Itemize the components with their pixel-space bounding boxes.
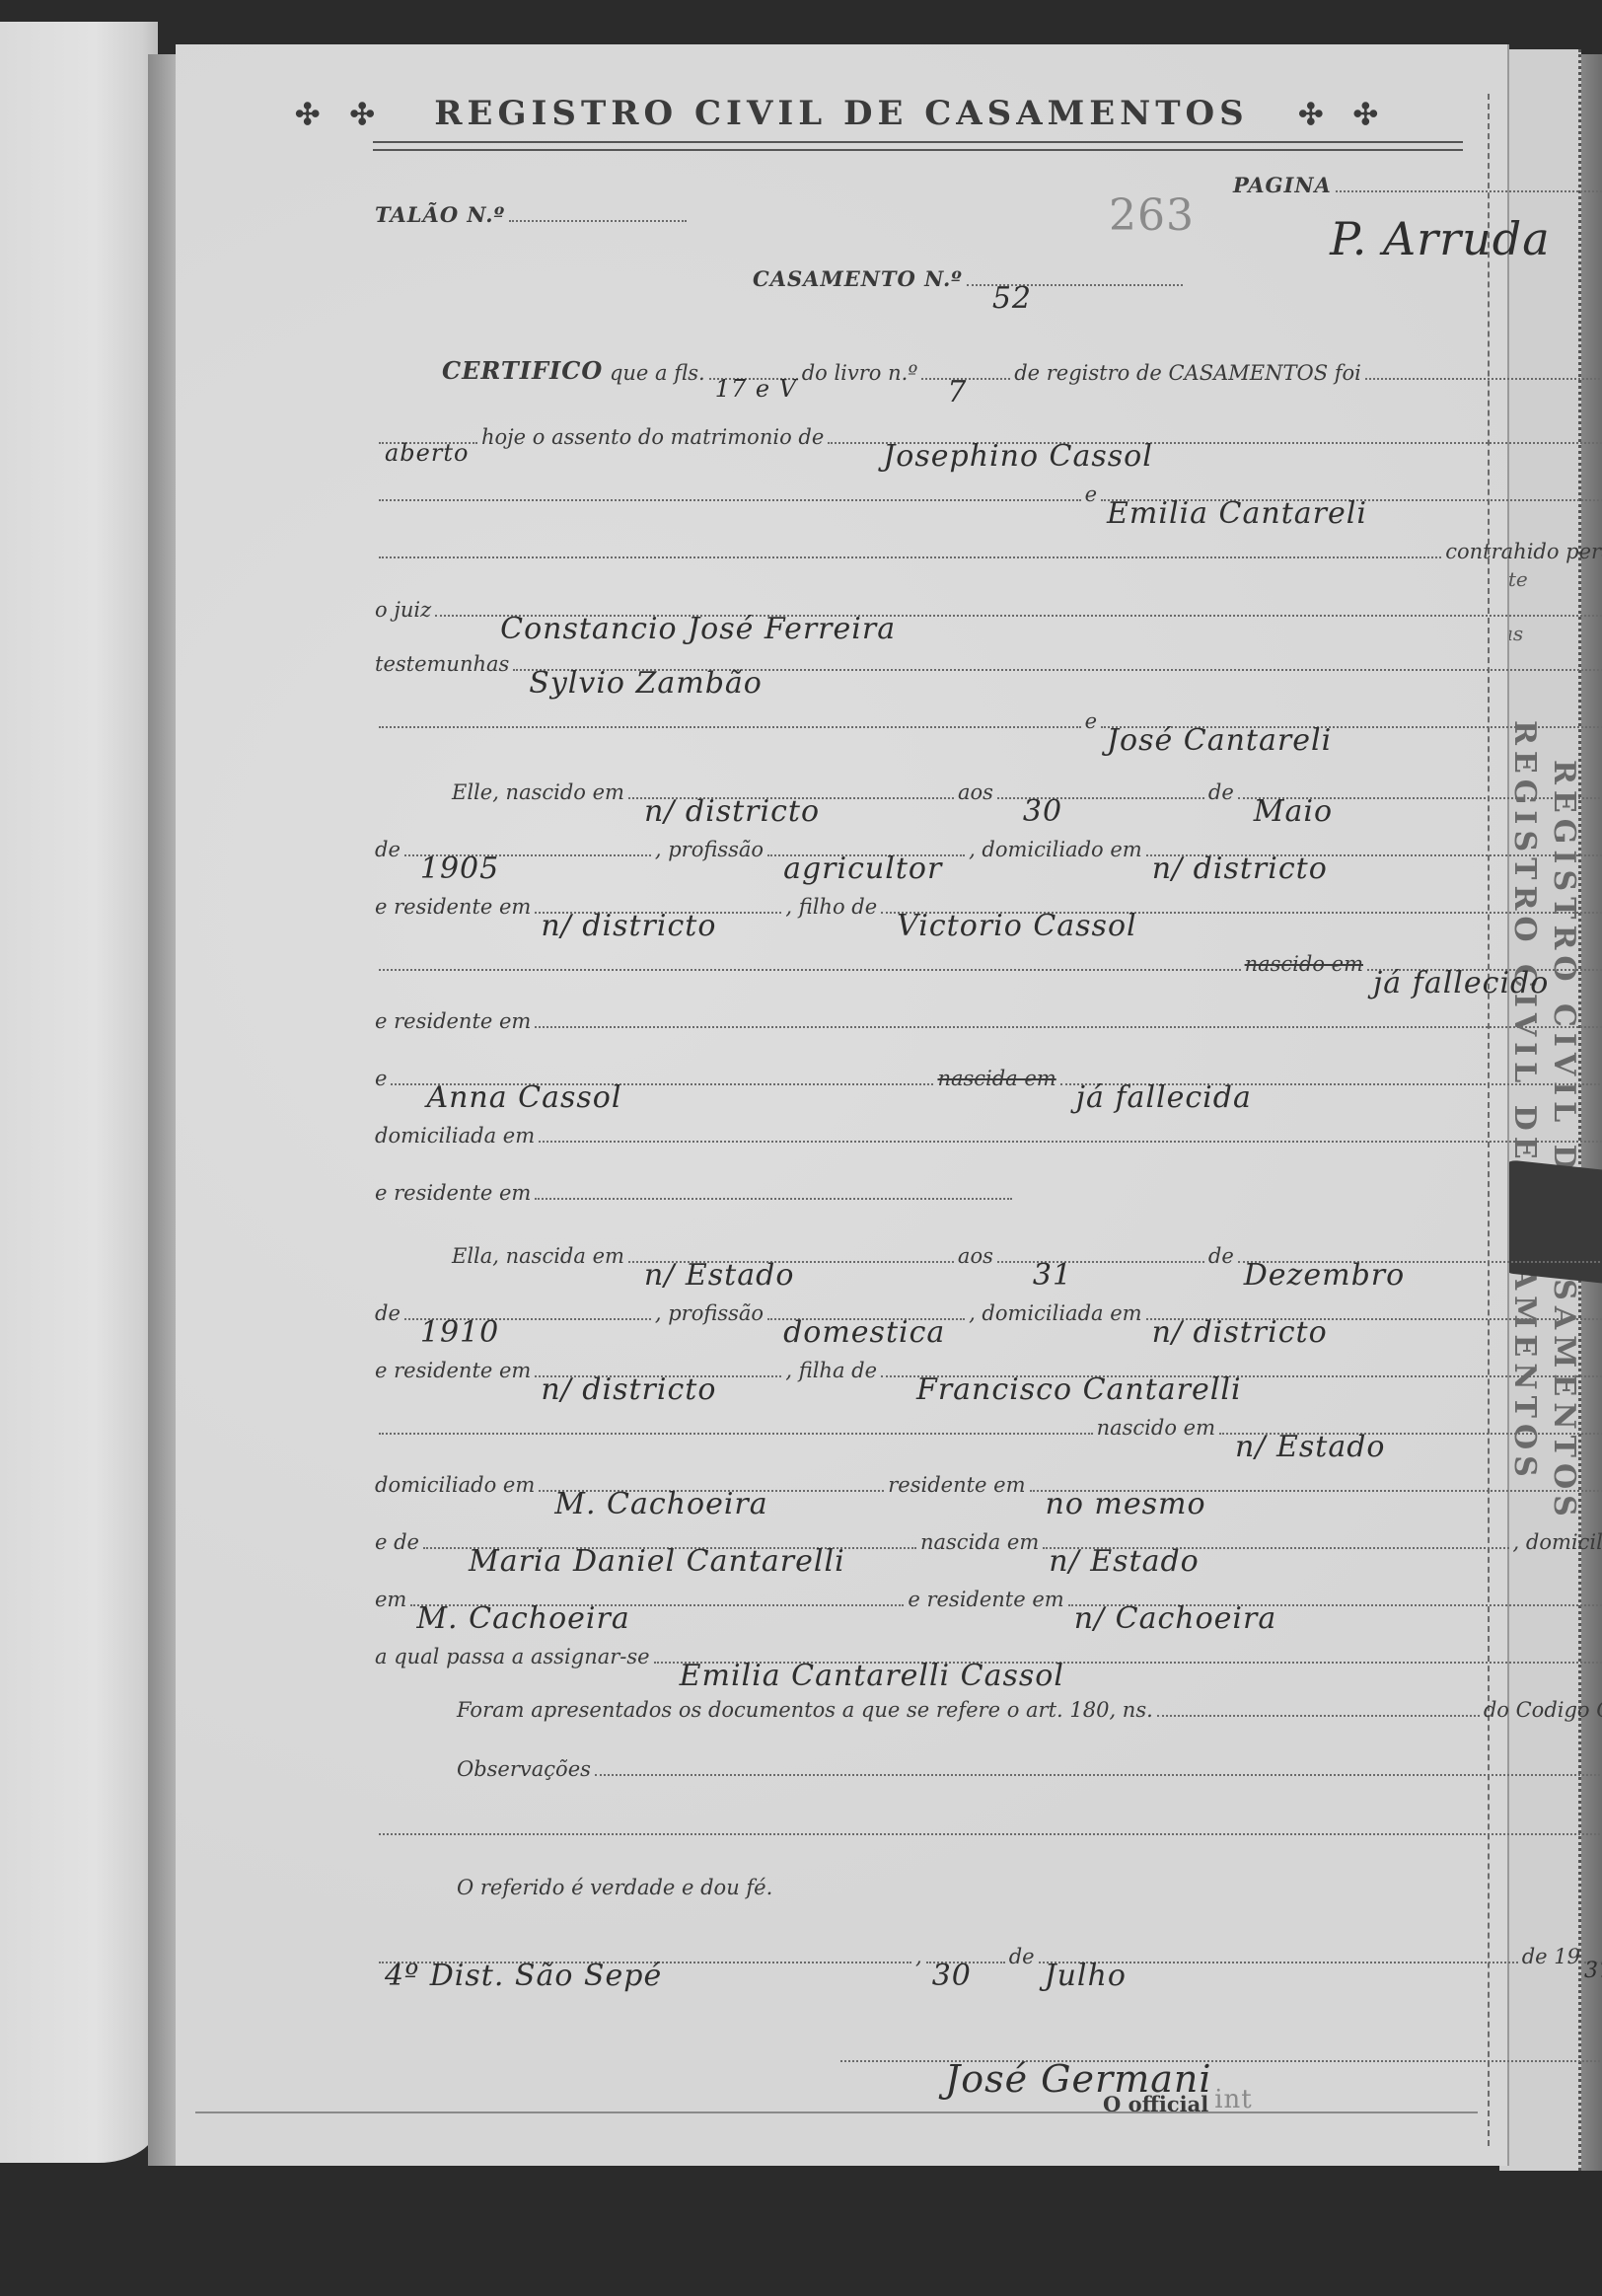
bride-father-left-field (379, 1432, 1093, 1435)
certificate-page: ✣ ✣ REGISTRO CIVIL DE CASAMENTOS ✣ ✣ PAG… (176, 44, 1509, 2166)
groom-father-left-field (379, 968, 1241, 971)
bride-profession-field: domestica (767, 1317, 965, 1320)
groom-mother-field: Anna Cassol (391, 1082, 933, 1085)
groom-filho-label: , filho de (785, 895, 877, 919)
day-field: 30 (926, 1961, 1005, 1963)
date-row: 4º Dist. São Sepé , 30 de Julho de 19 3? (375, 1929, 1602, 1968)
bride-nascida-label: Ella, nascida em (452, 1244, 624, 1268)
groom-birthplace-field: n/ districto (628, 796, 954, 799)
witness1-field: Sylvio Zambão (513, 668, 1602, 671)
groom-mother-residence-row: e residente em (375, 1165, 1016, 1205)
bride-mother-field: Maria Daniel Cantarelli (423, 1546, 916, 1549)
bride-profession-row: de 1910 , profissão domestica , domicili… (375, 1286, 1602, 1325)
juiz-field: Constancio José Ferreira (435, 614, 1601, 617)
groom-father-nascido-label: nascido em (1245, 952, 1363, 976)
groom-father-residence-field (535, 1025, 1602, 1028)
verdade-row: O referido é verdade e dou fé. (457, 1860, 1049, 1899)
bride-domiciliada-label: , domiciliada em (969, 1301, 1141, 1325)
observacoes-row-2 (375, 1801, 1602, 1840)
do-livro-label: do livro n.º (802, 361, 918, 385)
bride-de-label: de (1208, 1244, 1234, 1268)
form-title: ✣ ✣ REGISTRO CIVIL DE CASAMENTOS ✣ ✣ (176, 94, 1507, 133)
form-title-text: REGISTRO CIVIL DE CASAMENTOS (434, 94, 1248, 133)
bride-mother-residente-label: e residente em (908, 1588, 1063, 1611)
bride-field: Emilia Cantareli (1101, 498, 1602, 501)
groom-mother-domicile-field (539, 1140, 1602, 1143)
bride-residence-row: e residente em n/ districto , filha de F… (375, 1343, 1602, 1382)
certifico-row: CERTIFICO que a fls. 17 e V do livro n.º… (442, 345, 1602, 385)
groom-father-status-field: já fallecido (1367, 968, 1602, 971)
pagina-field (1336, 189, 1602, 192)
groom-mother-status-field: já fallecida (1060, 1082, 1602, 1085)
bride-month-field: Dezembro (1238, 1260, 1602, 1263)
closing-year-label: de 19 (1522, 1945, 1580, 1968)
documentos-field (1157, 1714, 1480, 1717)
pagina-row: PAGINA (1233, 158, 1602, 197)
bride-mother-em-label: em (375, 1588, 406, 1611)
groom-de-label: de (1208, 780, 1234, 804)
closing-year-suffix: 3? (1578, 1959, 1602, 1983)
groom-mother-e-label: e (375, 1067, 387, 1090)
groom-nascido-label: Elle, nascido em (452, 780, 624, 804)
talao-row: TALÃO N.º (375, 187, 789, 227)
bride-father-birthplace-field: n/ Estado (1219, 1432, 1602, 1435)
talao-label: TALÃO N.º (375, 202, 505, 227)
bride-father-domiciliado-label: domiciliado em (375, 1473, 535, 1497)
bride-mother-birthplace-field: n/ Estado (1043, 1546, 1508, 1549)
bride-father-residence-field: no mesmo (1030, 1489, 1602, 1492)
bride-father-residente-label: residente em (888, 1473, 1025, 1497)
bride-profissao-label: , profissão (655, 1301, 764, 1325)
witness2-row: e José Cantareli (375, 694, 1602, 733)
groom-residence-field: n/ districto (535, 911, 781, 914)
casamento-number: 52 (986, 281, 1038, 316)
month-field: Julho (1039, 1961, 1518, 1963)
assignar-label: a qual passa a assignar-se (375, 1645, 650, 1668)
assignar-row: a qual passa a assignar-se Emilia Cantar… (375, 1629, 1602, 1668)
bride-mother-e-de-label: e de (375, 1530, 419, 1554)
page-number-handwritten: 263 (1103, 190, 1201, 241)
foi-field (1365, 377, 1602, 380)
casamento-row: CASAMENTO N.º 52 (753, 252, 1187, 291)
groom-profession-field: agricultor (767, 853, 965, 856)
groom-day-field: 30 (997, 796, 1204, 799)
que-a-fls-label: que a fls. (610, 361, 705, 385)
groom-field: Josephino Cassol (828, 441, 1602, 444)
contrahido-row: contrahido perante (375, 524, 1602, 563)
groom-birth-row: Elle, nascido em n/ districto aos 30 de … (452, 765, 1602, 804)
bride-domicile-field: n/ districto (1146, 1317, 1602, 1320)
casamento-field: 52 (967, 283, 1183, 286)
groom-father-residente-label: e residente em (375, 1009, 531, 1033)
groom-mother-residence-field (535, 1197, 1012, 1200)
groom-aos-label: aos (958, 780, 993, 804)
place-field: 4º Dist. São Sepé (379, 1961, 911, 1963)
documentos-text: Foram apresentados os documentos a que s… (457, 1698, 1153, 1722)
documentos-row: Foram apresentados os documentos a que s… (457, 1682, 1602, 1722)
juiz-row: o juiz Constancio José Ferreira e as (375, 582, 1602, 622)
groom-month-field: Maio (1238, 796, 1602, 799)
groom-profession-row: de 1905 , profissão agricultor , domicil… (375, 822, 1602, 861)
margin-signature: P. Arruda (1324, 212, 1557, 265)
fls-field: 17 e V (709, 377, 798, 380)
bride-father-birth-row: nascido em n/ Estado (375, 1400, 1602, 1440)
groom-father-status-row: nascido em já fallecido (375, 936, 1602, 976)
groom-mother-row: e Anna Cassol nascida em já fallecida (375, 1051, 1602, 1090)
closing-month: Julho (1039, 1959, 1132, 1993)
new-name-field: Emilia Cantarelli Cassol (654, 1661, 1602, 1664)
year-field: 3? (1584, 1961, 1602, 1963)
observacoes-row: Observações (457, 1741, 1602, 1781)
bride-left-field (379, 498, 1081, 501)
bride-residente-label: e residente em (375, 1359, 531, 1382)
groom-domiciliado-label: , domiciliado em (969, 838, 1142, 861)
bride-father-field: Francisco Cantarelli (881, 1374, 1602, 1377)
casamento-label: CASAMENTO N.º (753, 266, 963, 291)
ornament-left-icon: ✣ ✣ (295, 98, 385, 132)
bride-mother-domicile-row: em M. Cachoeira e residente em n/ Cachoe… (375, 1572, 1602, 1611)
bottom-rule (195, 2111, 1478, 2113)
closing-day: 30 (926, 1959, 978, 1993)
witness2-name: José Cantareli (1101, 723, 1338, 758)
fls-value: 17 e V (709, 375, 803, 403)
talao-field (509, 219, 687, 222)
left-page (0, 22, 158, 2163)
hoje-text: hoje o assento do matrimonio de (481, 425, 824, 449)
bride-aos-label: aos (958, 1244, 993, 1268)
contrahido-field (379, 555, 1441, 558)
bride-mother-residence-field: n/ Cachoeira (1068, 1603, 1602, 1606)
groom-mother-nascida-label: nascida em (937, 1067, 1056, 1090)
signature-field: José Germani (840, 2059, 1602, 2062)
bride-mother-domiciliada-label: , domiciliada (1513, 1530, 1602, 1554)
bride-row: e Emilia Cantareli (375, 467, 1602, 506)
matrimonio-row: aberto hoje o assento do matrimonio de J… (375, 409, 1602, 449)
groom-residence-row: e residente em n/ districto , filho de V… (375, 879, 1602, 919)
bride-mother-domicile-field: M. Cachoeira (410, 1603, 904, 1606)
registro-text: de registro de CASAMENTOS foi (1014, 361, 1361, 385)
official-row: O official int (1103, 2077, 1419, 2116)
verdade-text: O referido é verdade e dou fé. (457, 1876, 772, 1899)
groom-residente-label: e residente em (375, 895, 531, 919)
e-label: e (1085, 482, 1097, 506)
groom-mother-residente-label: e residente em (375, 1181, 531, 1205)
observacoes-field-2 (379, 1832, 1602, 1835)
bride-filha-label: , filha de (785, 1359, 877, 1382)
contrahido-text: contrahido perante (1445, 540, 1602, 563)
groom-father-field: Victorio Cassol (881, 911, 1602, 914)
bride-father-domicile-field: M. Cachoeira (539, 1489, 884, 1492)
aberto-value: aberto (379, 439, 474, 467)
bride-father-domicile-row: domiciliado em M. Cachoeira residente em… (375, 1457, 1602, 1497)
codigo-text: do Codigo Civil. (1484, 1698, 1602, 1722)
bride-father-nascido-label: nascido em (1097, 1416, 1215, 1440)
witness2-field: José Cantareli (1101, 725, 1602, 728)
bride-year-label: de (375, 1301, 400, 1325)
e-label: e (1085, 709, 1097, 733)
closing-place: 4º Dist. São Sepé (379, 1959, 668, 1993)
bride-day-field: 31 (997, 1260, 1204, 1263)
testemunhas-label: testemunhas (375, 652, 509, 676)
bride-birthplace-field: n/ Estado (628, 1260, 954, 1263)
bride-birth-row: Ella, nascida em n/ Estado aos 31 de Dez… (452, 1228, 1602, 1268)
closing-de-label: de (1009, 1945, 1035, 1968)
groom-mother-domiciliada-label: domiciliada em (375, 1124, 535, 1148)
juiz-label: o juiz (375, 598, 431, 622)
observacoes-label: Observações (457, 1757, 591, 1781)
bride-mother-row: e de Maria Daniel Cantarelli nascida em … (375, 1515, 1602, 1554)
groom-father-residence-row: e residente em (375, 994, 1602, 1033)
aberto-field: aberto (379, 441, 477, 444)
ornament-right-icon: ✣ ✣ (1298, 98, 1388, 132)
bride-residence-field: n/ districto (535, 1374, 781, 1377)
bride-mother-nascida-label: nascida em (920, 1530, 1039, 1554)
pagina-label: PAGINA (1233, 173, 1332, 197)
official-initials: int (1208, 2085, 1259, 2114)
witness2-left-field (379, 725, 1081, 728)
groom-profissao-label: , profissão (655, 838, 764, 861)
bride-year-field: 1910 (404, 1317, 651, 1320)
groom-mother-domicile-row: domiciliada em (375, 1108, 1602, 1148)
title-double-rule (373, 141, 1463, 151)
livro-value: 7 (941, 375, 973, 409)
certifico-label: CERTIFICO (442, 356, 603, 385)
signature-row: José Germani (837, 2028, 1602, 2067)
groom-year-label: de (375, 838, 400, 861)
observacoes-field (595, 1773, 1602, 1776)
groom-domicile-field: n/ districto (1146, 853, 1602, 856)
testemunhas-row: testemunhas Sylvio Zambão (375, 636, 1602, 676)
groom-year-field: 1905 (404, 853, 651, 856)
livro-field: 7 (921, 377, 1010, 380)
